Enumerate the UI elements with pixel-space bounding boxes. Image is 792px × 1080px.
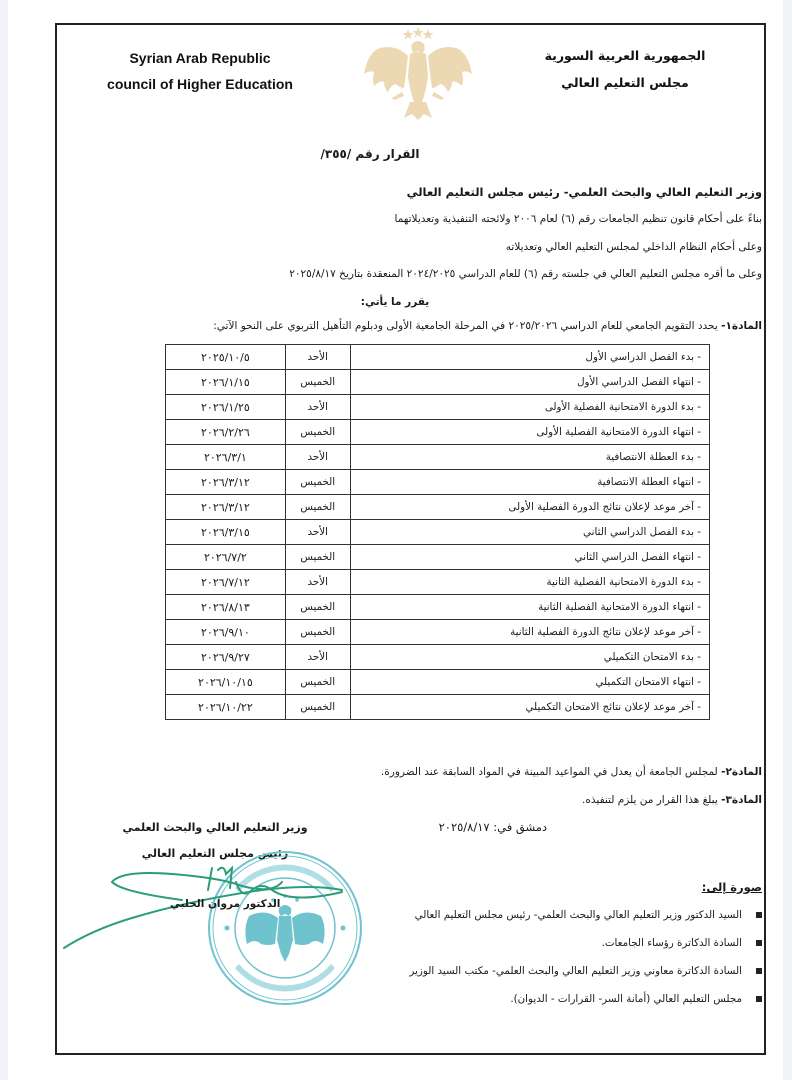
cc-recipient: السادة الدكاترة معاوني وزير التعليم العا…	[409, 965, 742, 977]
header-ar-council: مجلس التعليم العالي	[540, 69, 710, 96]
place-and-date: دمشق في: ٢٠٢٥/٨/١٧	[439, 820, 547, 834]
table-row: - انتهاء الدورة الامتحانية الفصلية الأول…	[166, 420, 710, 445]
article-3-label: المادة٣-	[721, 794, 762, 806]
preamble-line-1: بناءً على أحكام قانون تنظيم الجامعات رقم…	[395, 213, 762, 225]
date-cell: ٢٠٢٦/٣/١٢	[166, 470, 286, 495]
event-cell: - بدء الامتحان التكميلي	[350, 645, 709, 670]
event-cell: - انتهاء الفصل الدراسي الأول	[350, 370, 709, 395]
square-bullet-icon	[756, 968, 762, 974]
table-row: - بدء العطلة الانتصافيةالأحد٢٠٢٦/٣/١	[166, 445, 710, 470]
header-ar-country: الجمهورية العربية السورية	[540, 42, 710, 69]
left-edge-strip	[0, 0, 8, 1080]
cc-recipient: السادة الدكاترة رؤساء الجامعات.	[602, 937, 742, 949]
event-cell: - بدء الدورة الامتحانية الفصلية الأولى	[350, 395, 709, 420]
header-english: Syrian Arab Republic council of Higher E…	[90, 45, 310, 97]
article-2: المادة٢- لمجلس الجامعة أن يعدل في المواع…	[381, 766, 762, 778]
date-cell: ٢٠٢٦/٩/٢٧	[166, 645, 286, 670]
date-cell: ٢٠٢٥/١٠/٥	[166, 345, 286, 370]
cc-recipient: مجلس التعليم العالي (أمانة السر- القرارا…	[510, 993, 742, 1005]
square-bullet-icon	[756, 912, 762, 918]
date-cell: ٢٠٢٦/١٠/١٥	[166, 670, 286, 695]
table-row: - بدء الامتحان التكميليالأحد٢٠٢٦/٩/٢٧	[166, 645, 710, 670]
day-cell: الأحد	[285, 395, 350, 420]
table-row: - انتهاء الدورة الامتحانية الفصلية الثان…	[166, 595, 710, 620]
event-cell: - انتهاء العطلة الانتصافية	[350, 470, 709, 495]
date-cell: ٢٠٢٦/١/٢٥	[166, 395, 286, 420]
table-row: - بدء الفصل الدراسي الأولالأحد٢٠٢٥/١٠/٥	[166, 345, 710, 370]
article-1-label: المادة١-	[721, 320, 762, 332]
header-en-country: Syrian Arab Republic	[90, 45, 310, 71]
table-row: - بدء الدورة الامتحانية الفصلية الأولىال…	[166, 395, 710, 420]
date-cell: ٢٠٢٦/٢/٢٦	[166, 420, 286, 445]
event-cell: - انتهاء الامتحان التكميلي	[350, 670, 709, 695]
event-cell: - بدء الفصل الدراسي الثاني	[350, 520, 709, 545]
day-cell: الخميس	[285, 370, 350, 395]
table-row: - آخر موعد لإعلان نتائج الامتحان التكميل…	[166, 695, 710, 720]
event-cell: - بدء الفصل الدراسي الأول	[350, 345, 709, 370]
cc-recipient: السيد الدكتور وزير التعليم العالي والبحث…	[415, 909, 742, 921]
table-row: - انتهاء العطلة الانتصافيةالخميس٢٠٢٦/٣/١…	[166, 470, 710, 495]
day-cell: الأحد	[285, 345, 350, 370]
event-cell: - آخر موعد لإعلان نتائج الامتحان التكميل…	[350, 695, 709, 720]
day-cell: الخميس	[285, 595, 350, 620]
day-cell: الخميس	[285, 670, 350, 695]
event-cell: - انتهاء الفصل الدراسي الثاني	[350, 545, 709, 570]
date-cell: ٢٠٢٦/٩/١٠	[166, 620, 286, 645]
day-cell: الأحد	[285, 520, 350, 545]
day-cell: الخميس	[285, 420, 350, 445]
article-2-text: لمجلس الجامعة أن يعدل في المواعيد المبين…	[381, 766, 718, 778]
header-arabic: الجمهورية العربية السورية مجلس التعليم ا…	[540, 42, 710, 96]
preamble-line-3: وعلى ما أقره مجلس التعليم العالي في جلست…	[289, 268, 762, 280]
date-cell: ٢٠٢٦/٣/١٢	[166, 495, 286, 520]
issuer-line: وزير التعليم العالي والبحث العلمي- رئيس …	[407, 185, 762, 199]
date-cell: ٢٠٢٦/٣/١٥	[166, 520, 286, 545]
list-item: السادة الدكاترة رؤساء الجامعات.	[409, 932, 762, 960]
decision-number: القرار رقم /٣٥٥/	[300, 147, 440, 161]
day-cell: الخميس	[285, 495, 350, 520]
table-row: - آخر موعد لإعلان نتائج الدورة الفصلية ا…	[166, 495, 710, 520]
day-cell: الخميس	[285, 695, 350, 720]
table-row: - آخر موعد لإعلان نتائج الدورة الفصلية ا…	[166, 620, 710, 645]
list-item: السيد الدكتور وزير التعليم العالي والبحث…	[409, 904, 762, 932]
article-3: المادة٣- يبلغ هذا القرار من يلزم لتنفيذه…	[582, 794, 762, 806]
cc-heading: صورة إلى:	[702, 880, 762, 894]
square-bullet-icon	[756, 996, 762, 1002]
table-row: - بدء الدورة الامتحانية الفصلية الثانيةا…	[166, 570, 710, 595]
header-en-council: council of Higher Education	[90, 71, 310, 97]
list-item: السادة الدكاترة معاوني وزير التعليم العا…	[409, 960, 762, 988]
day-cell: الأحد	[285, 570, 350, 595]
day-cell: الخميس	[285, 620, 350, 645]
article-2-label: المادة٢-	[721, 766, 762, 778]
decides-heading: يقرر ما يأتي:	[330, 296, 460, 308]
date-cell: ٢٠٢٦/١٠/٢٢	[166, 695, 286, 720]
event-cell: - بدء الدورة الامتحانية الفصلية الثانية	[350, 570, 709, 595]
eagle-emblem-icon	[360, 26, 475, 122]
preamble-line-2: وعلى أحكام النظام الداخلي لمجلس التعليم …	[506, 241, 762, 253]
event-cell: - بدء العطلة الانتصافية	[350, 445, 709, 470]
day-cell: الخميس	[285, 470, 350, 495]
square-bullet-icon	[756, 940, 762, 946]
article-3-text: يبلغ هذا القرار من يلزم لتنفيذه.	[582, 794, 718, 806]
article-1-text: يحدد التقويم الجامعي للعام الدراسي ٢٠٢٥/…	[213, 320, 718, 332]
day-cell: الأحد	[285, 645, 350, 670]
date-cell: ٢٠٢٦/٧/١٢	[166, 570, 286, 595]
date-cell: ٢٠٢٦/٨/١٣	[166, 595, 286, 620]
day-cell: الأحد	[285, 445, 350, 470]
date-cell: ٢٠٢٦/١/١٥	[166, 370, 286, 395]
event-cell: - انتهاء الدورة الامتحانية الفصلية الأول…	[350, 420, 709, 445]
event-cell: - آخر موعد لإعلان نتائج الدورة الفصلية ا…	[350, 620, 709, 645]
day-cell: الخميس	[285, 545, 350, 570]
table-row: - بدء الفصل الدراسي الثانيالأحد٢٠٢٦/٣/١٥	[166, 520, 710, 545]
table-row: - انتهاء الامتحان التكميليالخميس٢٠٢٦/١٠/…	[166, 670, 710, 695]
event-cell: - آخر موعد لإعلان نتائج الدورة الفصلية ا…	[350, 495, 709, 520]
right-edge-strip	[783, 0, 792, 1080]
signatory-name: الدكتور مروان الحلبي	[170, 898, 280, 910]
list-item: مجلس التعليم العالي (أمانة السر- القرارا…	[409, 988, 762, 1016]
cc-recipient-list: السيد الدكتور وزير التعليم العالي والبحث…	[409, 904, 762, 1016]
academic-calendar-table: - بدء الفصل الدراسي الأولالأحد٢٠٢٥/١٠/٥ …	[165, 344, 710, 720]
date-cell: ٢٠٢٦/٣/١	[166, 445, 286, 470]
article-1: المادة١- يحدد التقويم الجامعي للعام الدر…	[213, 320, 762, 332]
table-row: - انتهاء الفصل الدراسي الأولالخميس٢٠٢٦/١…	[166, 370, 710, 395]
event-cell: - انتهاء الدورة الامتحانية الفصلية الثان…	[350, 595, 709, 620]
date-cell: ٢٠٢٦/٧/٢	[166, 545, 286, 570]
signatory-title-1: وزير التعليم العالي والبحث العلمي	[95, 815, 335, 841]
table-row: - انتهاء الفصل الدراسي الثانيالخميس٢٠٢٦/…	[166, 545, 710, 570]
